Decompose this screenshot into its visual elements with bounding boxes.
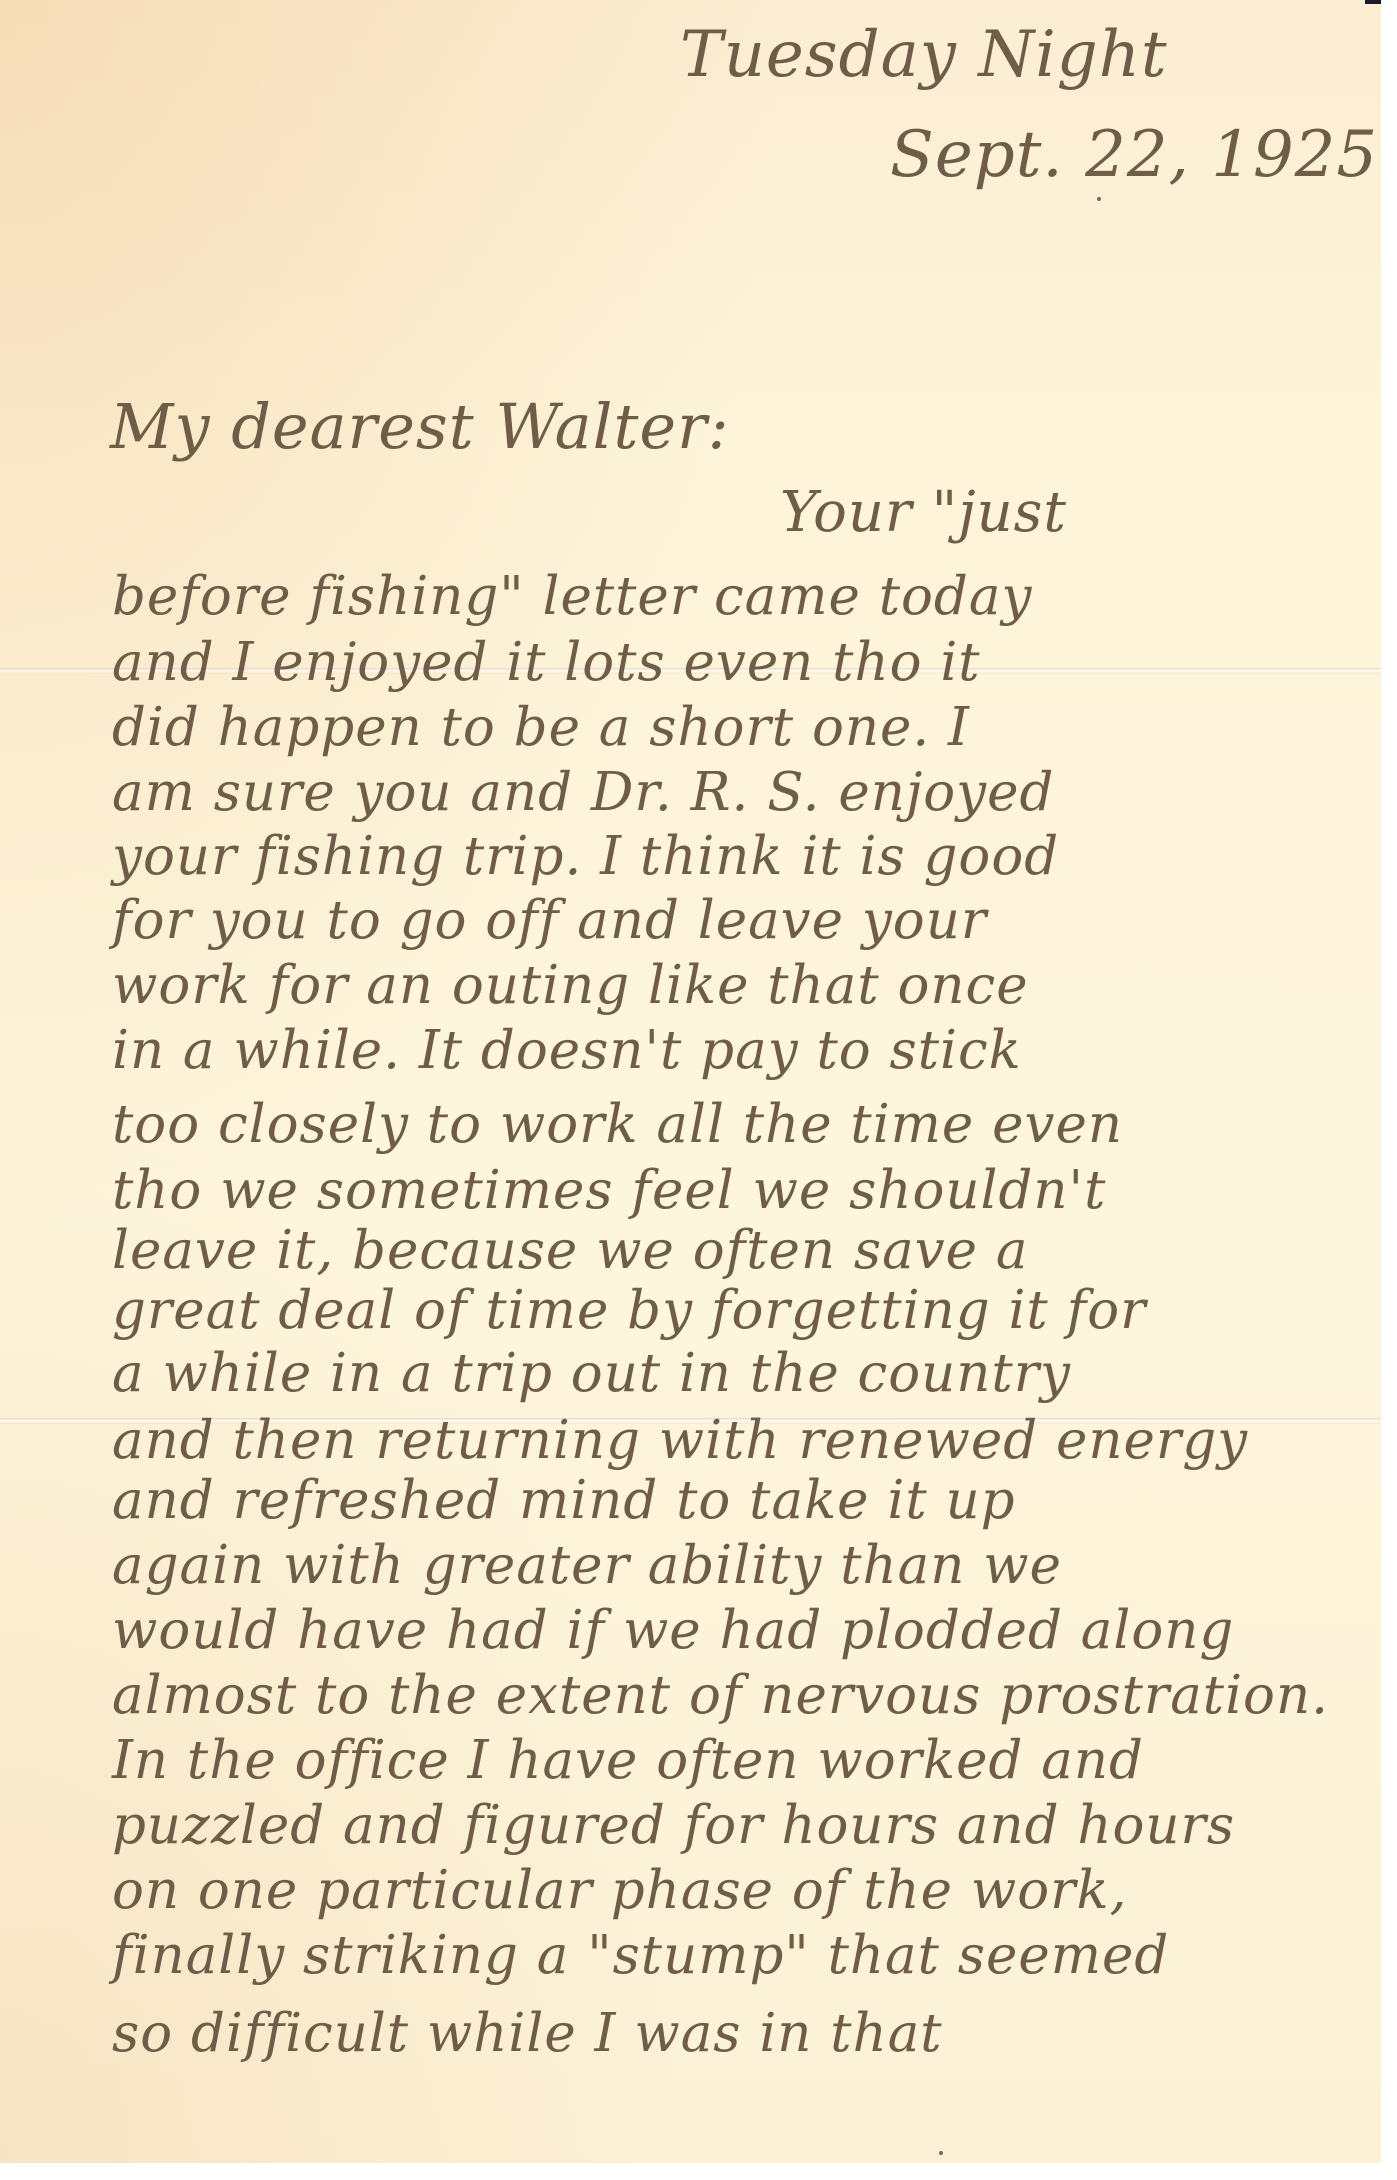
ink-speck [939, 2151, 943, 2155]
dateline-date: Sept. 22, 1925 [890, 118, 1378, 192]
body-line: am sure you and Dr. R. S. enjoyed [112, 762, 1054, 823]
opening-words: Your "just [780, 480, 1067, 545]
body-line: almost to the extent of nervous prostrat… [112, 1665, 1329, 1726]
body-line: and then returning with renewed energy [112, 1410, 1248, 1471]
body-line: work for an outing like that once [112, 955, 1029, 1016]
dateline-day: Tuesday Night [680, 18, 1168, 92]
body-line: tho we sometimes feel we shouldn't [112, 1160, 1106, 1221]
ink-speck [1097, 197, 1101, 201]
body-line: for you to go off and leave your [112, 890, 987, 951]
letter-page: Tuesday Night Sept. 22, 1925 My dearest … [0, 0, 1381, 2163]
body-line: again with greater ability than we [112, 1535, 1062, 1596]
scan-corner-mark [1365, 0, 1381, 4]
body-line: on one particular phase of the work, [112, 1860, 1127, 1921]
body-line: and I enjoyed it lots even tho it [112, 632, 981, 693]
body-line: finally striking a "stump" that seemed [112, 1925, 1169, 1986]
body-line: leave it, because we often save a [112, 1220, 1028, 1281]
salutation: My dearest Walter: [110, 390, 730, 463]
body-line: in a while. It doesn't pay to stick [112, 1020, 1022, 1081]
body-line: a while in a trip out in the country [112, 1343, 1071, 1404]
body-line: In the office I have often worked and [112, 1730, 1144, 1791]
body-line: your fishing trip. I think it is good [112, 826, 1059, 887]
body-line: did happen to be a short one. I [112, 697, 970, 758]
body-line: and refreshed mind to take it up [112, 1470, 1016, 1531]
body-line: so difficult while I was in that [112, 2003, 943, 2064]
body-line: would have had if we had plodded along [112, 1600, 1234, 1661]
body-line: puzzled and figured for hours and hours [112, 1795, 1235, 1856]
body-line: too closely to work all the time even [112, 1094, 1123, 1155]
body-line: before fishing" letter came today [112, 566, 1032, 627]
body-line: great deal of time by forgetting it for [112, 1280, 1146, 1341]
